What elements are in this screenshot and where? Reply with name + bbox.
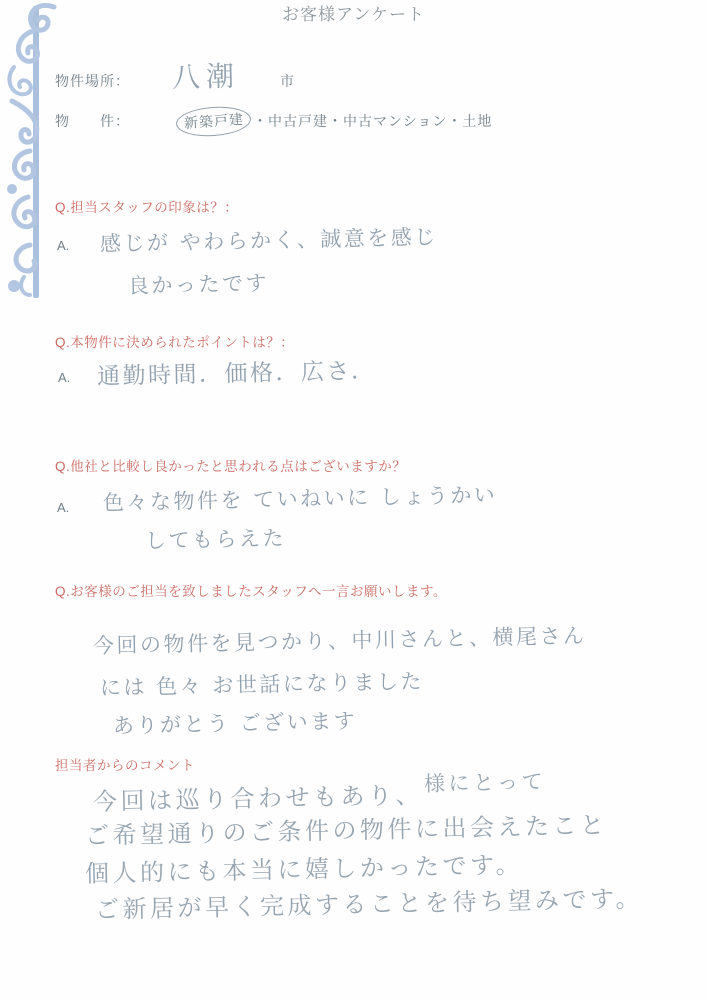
circled-option: 新築戸建 — [175, 104, 252, 138]
property-options: 新築戸建・中古戸建・中古マンション・土地 — [183, 111, 492, 132]
answer-1-line-1: 感じが やわらかく、誠意を感じ — [100, 221, 438, 258]
survey-scan-page: お客様アンケート 物件場所： 八潮 市 物 件： 新築戸建・中古戸建・中古マンシ… — [0, 0, 707, 1000]
property-other-options: ・中古戸建・中古マンション・土地 — [253, 113, 492, 129]
staff-comment-label: 担当者からのコメント — [55, 754, 195, 774]
answer-4-line-1: 今回の物件を見つかり、中川さんと、横尾さん — [93, 620, 587, 660]
question-3-label: Q.他社と比較し良かったと思われる点はございますか？ — [55, 455, 406, 475]
answer-2-line-1: 通勤時間．価格．広さ． — [97, 352, 377, 391]
answer-4-line-2: には 色々 お世話になりました — [100, 665, 424, 702]
location-label: 物件場所： — [55, 71, 130, 91]
answer-3-line-1: 色々な物件を ていねいに しょうかい — [103, 479, 498, 517]
location-suffix: 市 — [280, 71, 295, 91]
answer-3-line-2: してもらえた — [145, 522, 287, 555]
answer-3-prefix: A. — [57, 500, 69, 515]
question-4-label: Q.お客様のご担当を致しましたスタッフへ一言お願いします。 — [55, 580, 447, 600]
question-1-label: Q.担当スタッフの印象は？： — [55, 196, 238, 216]
property-label: 物 件： — [55, 111, 130, 131]
answer-1-prefix: A. — [57, 238, 69, 253]
page-title: お客様アンケート — [0, 0, 707, 25]
location-handwritten-value: 八潮 — [172, 55, 241, 96]
answer-4-line-3: ありがとう ございます — [113, 705, 358, 740]
question-2-label: Q.本物件に決められたポイントは？： — [55, 331, 294, 351]
staff-comment-line-1-right: 様にとって — [424, 765, 547, 798]
answer-2-prefix: A. — [58, 370, 70, 385]
floral-scroll-border-icon — [0, 0, 60, 302]
answer-1-line-2: 良かったです — [128, 267, 270, 300]
